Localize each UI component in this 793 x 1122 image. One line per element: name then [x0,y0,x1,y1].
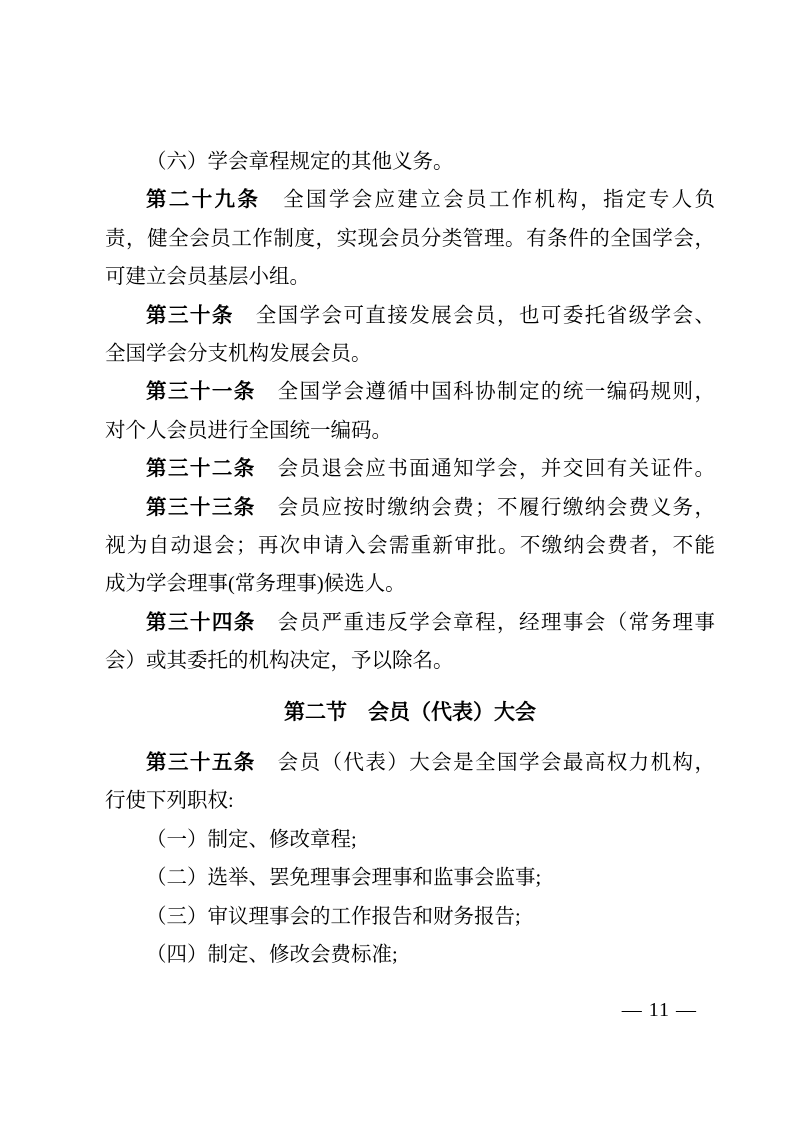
doc-line: （四）制定、修改会费标准; [105,936,715,974]
line-text: （二）选举、罢免理事会理事和监事会监事; [146,867,541,889]
doc-line: 第三十四条 会员严重违反学会章程，经理事会（常务理事 [105,604,715,642]
doc-line: 第二十九条 全国学会应建立会员工作机构，指定专人负 [105,181,715,219]
line-text: 会员退会应书面通知学会，并交回有关证件。 [256,458,715,480]
line-text: 对个人会员进行全国统一编码。 [105,420,392,442]
line-text: 全国学会遵循中国科协制定的统一编码规则， [256,381,715,403]
page-number: — 11 — [622,996,697,1024]
line-text: 会员应按时缴纳会费；不履行缴纳会费义务， [256,497,715,519]
doc-line: （三）审议理事会的工作报告和财务报告; [105,898,715,936]
section-heading-text: 第二节 会员（代表）大会 [284,700,536,724]
doc-line: 可建立会员基层小组。 [105,258,715,296]
line-text: 会）或其委托的机构决定，予以除名。 [105,650,454,672]
line-text: （三）审议理事会的工作报告和财务报告; [146,906,521,928]
line-text: 会员（代表）大会是全国学会最高权力机构， [256,752,715,774]
doc-line: （二）选举、罢免理事会理事和监事会监事; [105,859,715,897]
doc-line: 会）或其委托的机构决定，予以除名。 [105,642,715,680]
article-number: 第三十三条 [146,497,256,519]
line-text: （六）学会章程规定的其他义务。 [146,151,454,173]
line-text: 全国学会可直接发展会员，也可委托省级学会、 [234,305,715,327]
doc-line: 视为自动退会；再次申请入会需重新审批。不缴纳会费者，不能 [105,527,715,565]
line-text: （四）制定、修改会费标准; [146,944,398,966]
doc-line: 第三十一条 全国学会遵循中国科协制定的统一编码规则， [105,373,715,411]
doc-line: 行使下列职权: [105,782,715,820]
line-text: 责，健全会员工作制度，实现会员分类管理。有条件的全国学会， [105,228,715,250]
article-number: 第三十条 [146,305,234,327]
doc-line: 第三十条 全国学会可直接发展会员，也可委托省级学会、 [105,297,715,335]
document-page: （六）学会章程规定的其他义务。 第二十九条 全国学会应建立会员工作机构，指定专人… [0,0,793,1122]
article-number: 第三十一条 [146,381,256,403]
doc-line: （一）制定、修改章程; [105,821,715,859]
doc-line: （六）学会章程规定的其他义务。 [105,143,715,181]
document-body: （六）学会章程规定的其他义务。 第二十九条 全国学会应建立会员工作机构，指定专人… [105,143,715,974]
line-text: （一）制定、修改章程; [146,829,357,851]
doc-line: 第三十二条 会员退会应书面通知学会，并交回有关证件。 [105,450,715,488]
doc-line: 责，健全会员工作制度，实现会员分类管理。有条件的全国学会， [105,220,715,258]
doc-line: 第三十五条 会员（代表）大会是全国学会最高权力机构， [105,744,715,782]
line-text: 成为学会理事(常务理事)候选人。 [105,573,406,595]
line-text: 视为自动退会；再次申请入会需重新审批。不缴纳会费者，不能 [105,535,715,557]
line-text: 全国学会分支机构发展会员。 [105,343,372,365]
article-number: 第二十九条 [146,189,260,211]
article-number: 第三十四条 [146,612,256,634]
line-text: 可建立会员基层小组。 [105,266,310,288]
article-number: 第三十五条 [146,752,256,774]
doc-line: 全国学会分支机构发展会员。 [105,335,715,373]
line-text: 行使下列职权: [105,790,234,812]
line-text: 会员严重违反学会章程，经理事会（常务理事 [256,612,715,634]
doc-line: 成为学会理事(常务理事)候选人。 [105,565,715,603]
article-number: 第三十二条 [146,458,256,480]
doc-line: 第三十三条 会员应按时缴纳会费；不履行缴纳会费义务， [105,489,715,527]
section-heading: 第二节 会员（代表）大会 [105,693,715,731]
line-text: 全国学会应建立会员工作机构，指定专人负 [260,189,715,211]
doc-line: 对个人会员进行全国统一编码。 [105,412,715,450]
